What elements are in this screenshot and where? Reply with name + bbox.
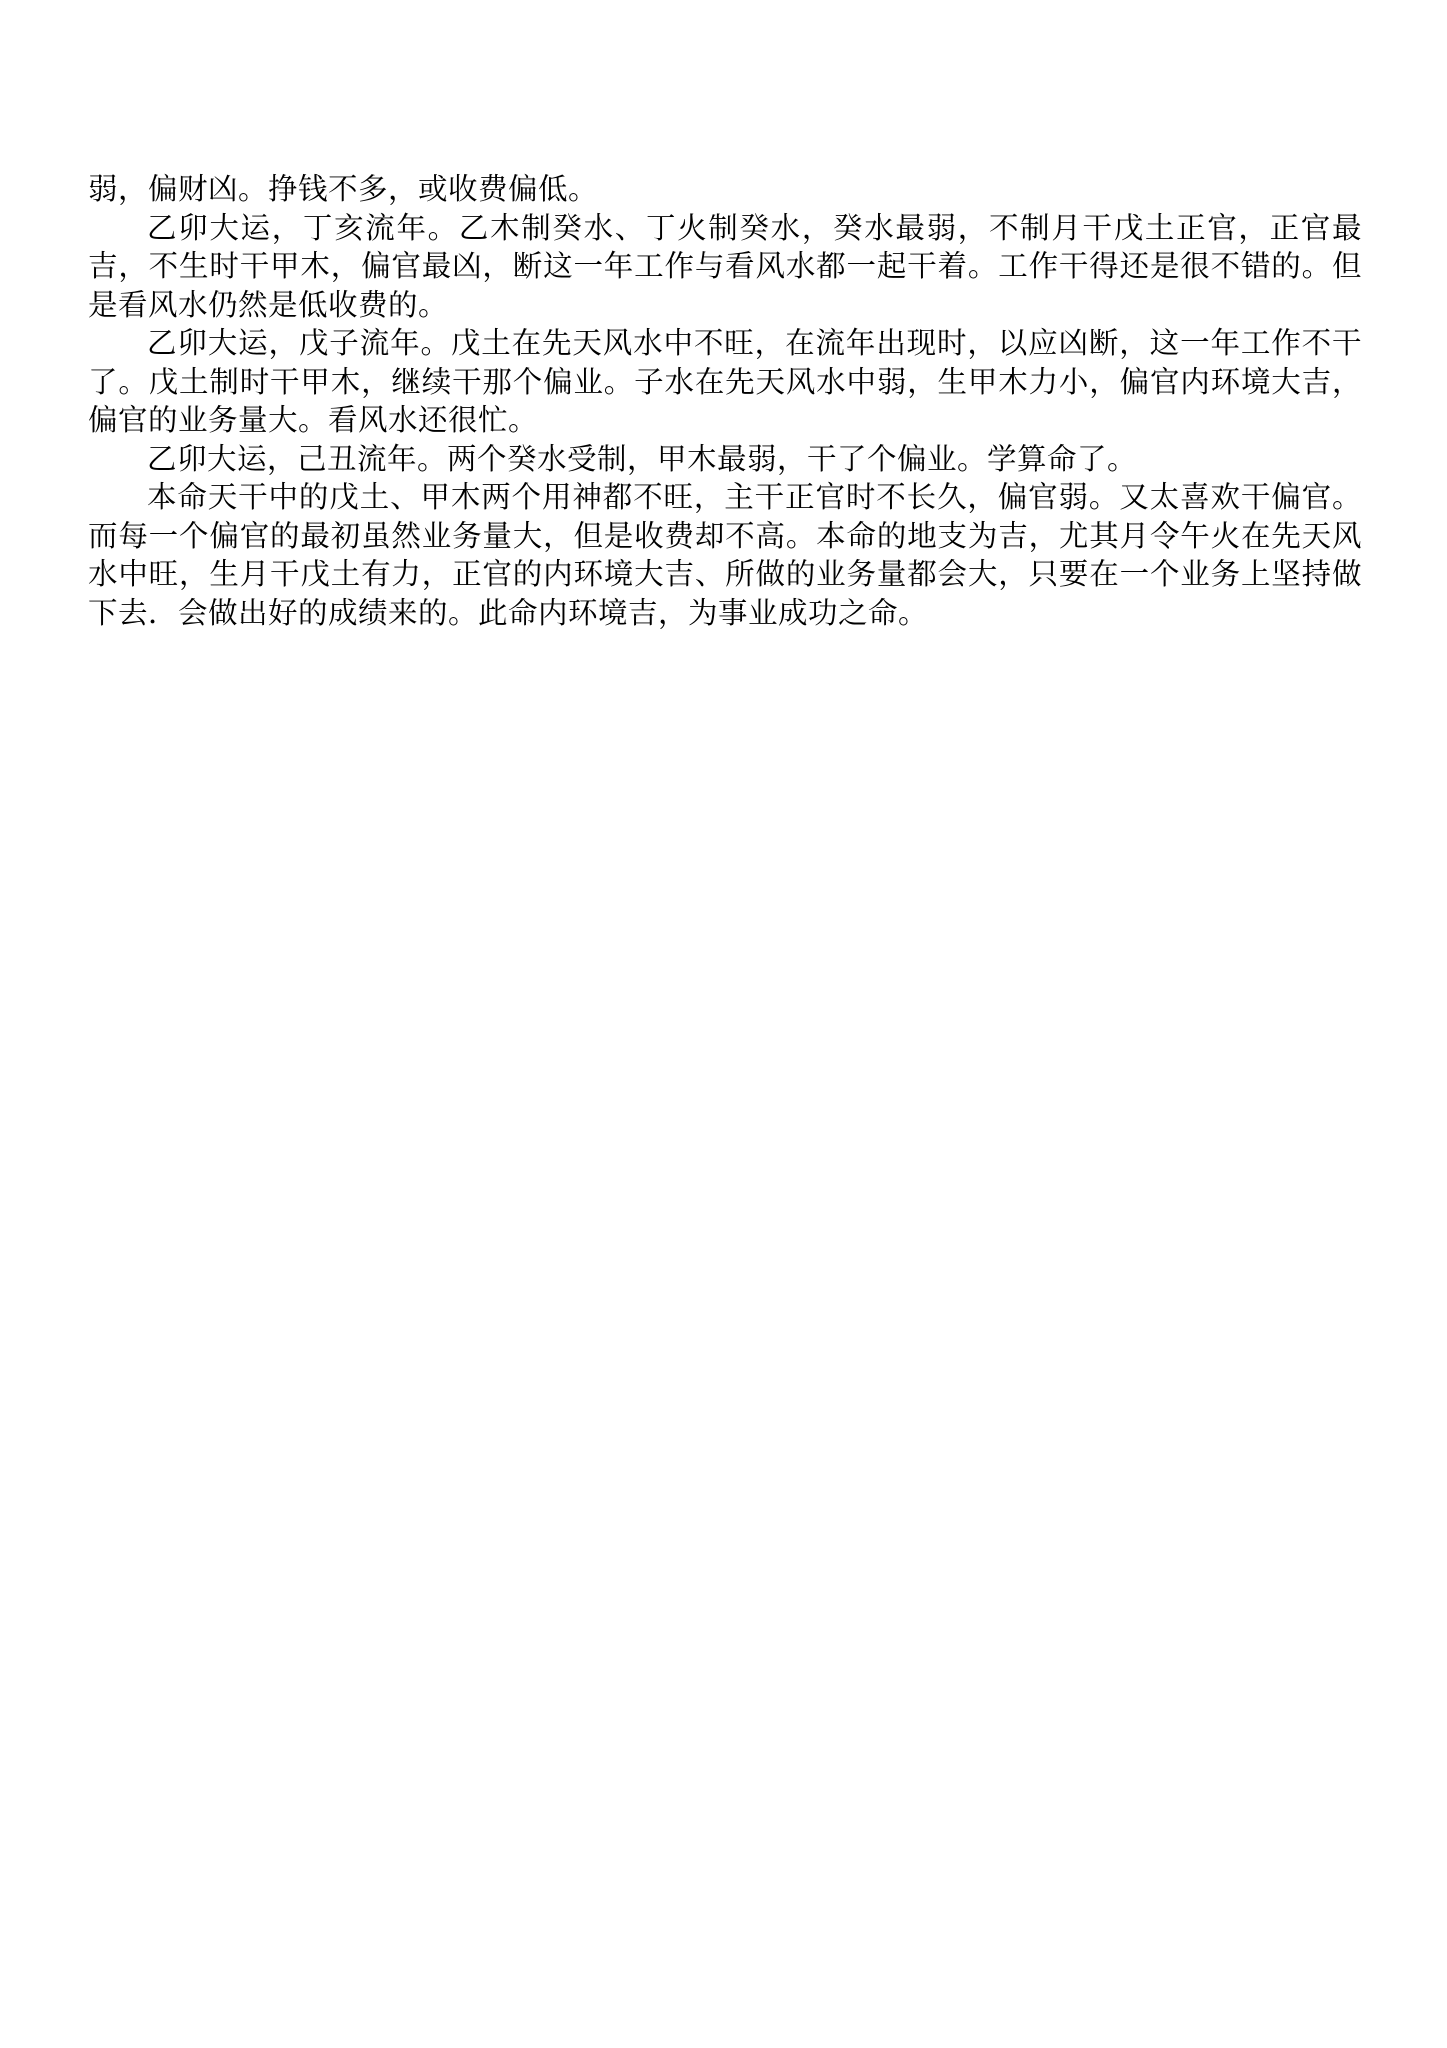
paragraph: 弱，偏财凶。挣钱不多，或收费偏低。 (88, 170, 1362, 209)
document-page: 弱，偏财凶。挣钱不多，或收费偏低。 乙卯大运，丁亥流年。乙木制癸水、丁火制癸水，… (0, 0, 1447, 2048)
paragraph: 乙卯大运，丁亥流年。乙木制癸水、丁火制癸水，癸水最弱，不制月干戊土正官，正官最吉… (88, 209, 1362, 325)
paragraph: 乙卯大运，己丑流年。两个癸水受制，甲木最弱，干了个偏业。学算命了。 (88, 440, 1362, 479)
paragraph: 本命天干中的戊土、甲木两个用神都不旺，主干正官时不长久，偏官弱。又太喜欢干偏官。… (88, 478, 1362, 632)
paragraph: 乙卯大运，戊子流年。戊土在先天风水中不旺，在流年出现时，以应凶断，这一年工作不干… (88, 324, 1362, 440)
text-block: 弱，偏财凶。挣钱不多，或收费偏低。 乙卯大运，丁亥流年。乙木制癸水、丁火制癸水，… (88, 170, 1362, 632)
